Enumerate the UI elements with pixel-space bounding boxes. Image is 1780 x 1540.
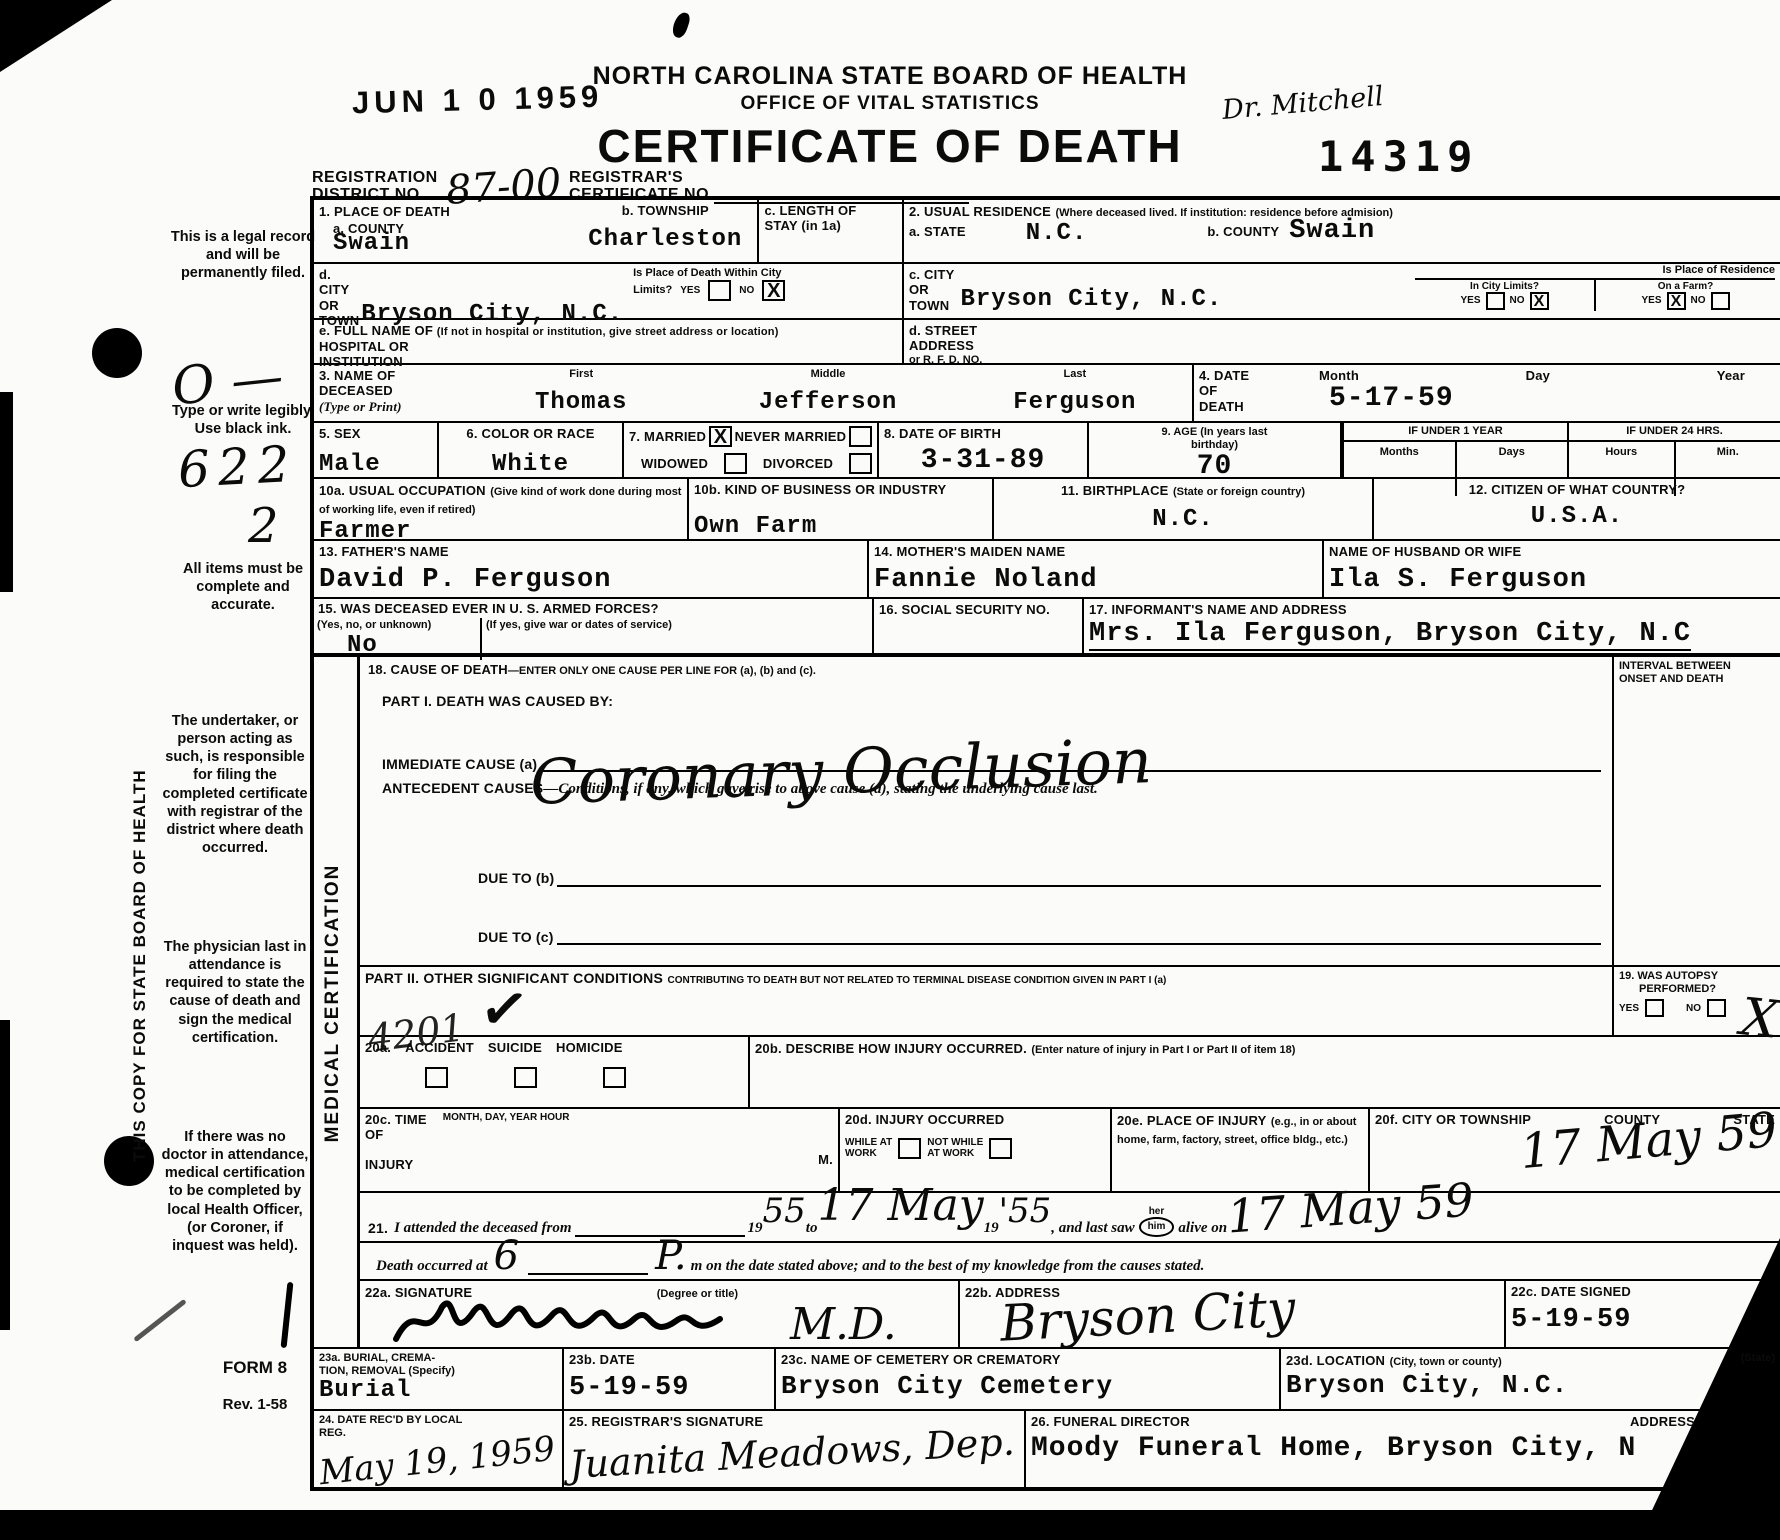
margin-note-legibly: Type or write legibly. Use black ink. xyxy=(168,402,318,438)
burial-date-value: 5-19-59 xyxy=(569,1373,769,1403)
death-in-city-yes-checkbox xyxy=(708,280,731,301)
section-burial-date: 23b. DATE 5-19-59 xyxy=(564,1349,776,1409)
signature-degree-handwritten: M.D. xyxy=(790,1299,897,1350)
section-signature: 22a. SIGNATURE (Degree or title) M.D. xyxy=(360,1281,960,1347)
section-occupation: 10a. USUAL OCCUPATION (Give kind of work… xyxy=(314,479,689,539)
section-place-of-death: 1. PLACE OF DEATH a. COUNTY Swain b. TOW… xyxy=(314,200,904,363)
on-a-farm-question: On a Farm? xyxy=(1599,281,1772,292)
father-name-label: 13. FATHER'S NAME xyxy=(319,544,862,559)
section-interval: INTERVAL BETWEEN ONSET AND DEATH Sudden xyxy=(1612,657,1780,965)
middle-name-label: Middle xyxy=(693,368,962,381)
registrar-signature-handwritten: Juanita Meadows, Dep. xyxy=(568,1420,1020,1487)
part1-label: PART I. DEATH WAS CAUSED BY: xyxy=(382,693,1604,710)
section-date-of-death: 4. DATEOFDEATH Month Day Year 5-17-59 xyxy=(1194,365,1780,421)
section-color-race: 6. COLOR OR RACE White xyxy=(439,423,624,477)
business-value: Own Farm xyxy=(694,513,987,540)
married-label: 7. MARRIED xyxy=(629,429,706,444)
widowed-checkbox xyxy=(724,453,747,474)
residence-city-value: Bryson City, N.C. xyxy=(960,286,1222,313)
no-label: NO xyxy=(739,285,754,296)
margin-note-no-doctor: If there was no doctor in attendance, me… xyxy=(160,1128,310,1255)
father-name-value: David P. Ferguson xyxy=(319,565,862,595)
attended-hw-17may: 17 May xyxy=(817,1180,983,1231)
form-number: FORM 8 xyxy=(200,1358,310,1378)
section-accident-suicide-homicide: 20a. ACCIDENT SUICIDE HOMICIDE xyxy=(360,1037,750,1107)
occupation-label: 10a. USUAL OCCUPATION xyxy=(319,483,486,498)
cause-of-death-instructions: —ENTER ONLY ONE CAUSE PER LINE FOR (a), … xyxy=(508,665,816,677)
death-hour-line xyxy=(528,1259,648,1275)
residence-county-value: Swain xyxy=(1289,216,1375,247)
meridiem-label: M. xyxy=(818,1152,833,1172)
institution-note: (If not in hospital or institution, give… xyxy=(437,326,779,338)
funeral-director-value: Moody Funeral Home, Bryson City, N xyxy=(1031,1433,1775,1464)
section-place-of-injury: 20e. PLACE OF INJURY (e.g., in or about … xyxy=(1112,1109,1370,1191)
date-of-birth-label: 8. DATE OF BIRTH xyxy=(884,426,1082,441)
section-funeral-director: 26. FUNERAL DIRECTOR ADDRESS Moody Funer… xyxy=(1026,1411,1780,1487)
residence-county-label: b. COUNTY xyxy=(1207,224,1279,247)
due-to-c-line xyxy=(557,929,1601,945)
section-death-occurred: Death occurred at 6 P. m on the date sta… xyxy=(360,1243,1780,1281)
on-farm-yes-checkbox: X xyxy=(1667,292,1686,310)
autopsy-no-checkbox xyxy=(1707,999,1726,1017)
residence-state-value: N.C. xyxy=(1026,220,1088,247)
section-cause-of-death: 18. CAUSE OF DEATH—ENTER ONLY ONE CAUSE … xyxy=(360,657,1612,965)
yes-label: YES xyxy=(1619,1003,1639,1014)
married-checkbox: X xyxy=(709,426,732,447)
section-time-of-injury: 20c. TIMEOFINJURY MONTH, DAY, YEAR HOUR … xyxy=(360,1109,840,1191)
date-received-label: 24. DATE REC'D BY LOCAL xyxy=(319,1414,557,1427)
yes-label: YES xyxy=(1460,295,1480,306)
section-armed-forces: 15. WAS DECEASED EVER IN U. S. ARMED FOR… xyxy=(314,599,874,653)
margin-note-undertaker: The undertaker, or person acting as such… xyxy=(160,712,310,857)
county-value: Swain xyxy=(333,230,568,257)
section-citizen: 12. CITIZEN OF WHAT COUNTRY? U.S.A. xyxy=(1374,479,1780,539)
cemetery-value: Bryson City Cemetery xyxy=(781,1371,1274,1401)
first-name-label: First xyxy=(469,368,693,381)
not-while-at-work-checkbox xyxy=(989,1138,1012,1159)
residence-in-city-no-checkbox: X xyxy=(1530,292,1549,310)
autopsy-no-handwritten-x: X xyxy=(1738,987,1780,1051)
section-cemetery-location: 23d. LOCATION (City, town or county) (St… xyxy=(1281,1349,1780,1409)
while-at-work-checkbox xyxy=(898,1138,921,1159)
is-place-of-residence-label: Is Place of Residence xyxy=(1415,264,1775,280)
last-name-value: Ferguson xyxy=(963,389,1187,416)
spouse-name-label: NAME OF HUSBAND OR WIFE xyxy=(1329,544,1775,559)
section-attended: 21. I attended the deceased from 19 55 t… xyxy=(360,1193,1780,1243)
attended-num: 21. xyxy=(368,1220,388,1237)
cemetery-label: 23c. NAME OF CEMETERY OR CREMATORY xyxy=(781,1352,1274,1367)
margin-handwriting-622: 622 xyxy=(177,435,299,499)
institution-label2: HOSPITAL OR xyxy=(319,339,897,354)
never-married-checkbox xyxy=(849,426,872,447)
section-signer-address: 22b. ADDRESS Bryson City xyxy=(960,1281,1506,1347)
name-of-deceased-label: 3. NAME OFDECEASED (Type or Print) xyxy=(319,368,469,416)
death-meridiem-handwritten: P. xyxy=(655,1233,687,1279)
accident-num: 20a. xyxy=(365,1040,391,1055)
section-father: 13. FATHER'S NAME David P. Ferguson xyxy=(314,541,869,597)
divorced-label: DIVORCED xyxy=(763,456,833,471)
section-if-under-1-year: IF UNDER 1 YEAR Months Days xyxy=(1344,423,1569,477)
her-him-choice: her him xyxy=(1139,1207,1175,1237)
day-label: Day xyxy=(1526,368,1550,383)
location-label: 23d. LOCATION xyxy=(1286,1353,1385,1368)
physician-signature xyxy=(390,1295,780,1347)
armed-forces-value: No xyxy=(347,632,477,659)
scan-edge-artifact xyxy=(0,392,13,592)
due-to-b-label: DUE TO (b) xyxy=(478,870,554,887)
usual-residence-title: 2. USUAL RESIDENCE xyxy=(909,204,1051,219)
armed-forces-note1: (Yes, no, or unknown) xyxy=(317,619,477,632)
location-note: (City, town or county) xyxy=(1390,1356,1502,1368)
certificate-form: 1. PLACE OF DEATH a. COUNTY Swain b. TOW… xyxy=(310,196,1780,1491)
interval-label: INTERVAL BETWEEN xyxy=(1619,660,1775,673)
street-address-label: d. STREETADDRESS xyxy=(909,323,1775,354)
color-race-label: 6. COLOR OR RACE xyxy=(444,426,617,441)
scan-bottom-band xyxy=(0,1510,1780,1540)
him-circled: him xyxy=(1139,1217,1175,1237)
section-date-received: 24. DATE REC'D BY LOCAL REG. May 19, 195… xyxy=(314,1411,564,1487)
no-label: NO xyxy=(1691,295,1706,306)
section-burial: 23a. BURIAL, CREMA- TION, REMOVAL (Speci… xyxy=(314,1349,564,1409)
medical-certification-section: MEDICAL CERTIFICATION 18. CAUSE OF DEATH… xyxy=(314,657,1780,1349)
section-usual-residence: 2. USUAL RESIDENCE (Where deceased lived… xyxy=(904,200,1780,363)
medical-certification-vertical-label: MEDICAL CERTIFICATION xyxy=(322,673,344,1333)
section-sex: 5. SEX Male xyxy=(314,423,439,477)
medical-certification-strip: MEDICAL CERTIFICATION xyxy=(314,657,360,1347)
section-registrar-signature: 25. REGISTRAR'S SIGNATURE Juanita Meadow… xyxy=(564,1411,1026,1487)
describe-injury-note: (Enter nature of injury in Part I or Par… xyxy=(1031,1044,1295,1056)
birthplace-note: (State or foreign country) xyxy=(1173,486,1305,498)
while-at-work-label: WHILE ATWORK xyxy=(845,1137,892,1159)
mother-name-value: Fannie Noland xyxy=(874,565,1317,595)
attended-yr1: 19 xyxy=(748,1220,763,1237)
sex-value: Male xyxy=(319,451,432,478)
date-signed-label: 22c. DATE SIGNED xyxy=(1511,1284,1775,1299)
part2-note: CONTRIBUTING TO DEATH BUT NOT RELATED TO… xyxy=(667,975,1166,986)
margin-note-physician: The physician last in attendance is requ… xyxy=(160,938,310,1047)
autopsy-yes-checkbox xyxy=(1645,999,1664,1017)
citizen-label: 12. CITIZEN OF WHAT COUNTRY? xyxy=(1379,482,1775,497)
death-in-city-no-checkbox: X xyxy=(762,280,785,301)
township-label: b. TOWNSHIP xyxy=(578,203,752,218)
section-mother: 14. MOTHER'S MAIDEN NAME Fannie Noland xyxy=(869,541,1324,597)
death-certificate-scan: JUN 1 0 1959 NORTH CAROLINA STATE BOARD … xyxy=(0,0,1780,1540)
section-ssn: 16. SOCIAL SECURITY NO. xyxy=(874,599,1084,653)
accident-label: ACCIDENT xyxy=(405,1040,474,1055)
cause-of-death-label: 18. CAUSE OF DEATH xyxy=(368,662,508,677)
limits-label: Limits? xyxy=(633,284,672,297)
section-business: 10b. KIND OF BUSINESS OR INDUSTRY Own Fa… xyxy=(689,479,994,539)
time-of-injury-sublabel: MONTH, DAY, YEAR HOUR xyxy=(443,1112,570,1172)
attended-text2: , and last saw xyxy=(1051,1220,1134,1237)
yes-label: YES xyxy=(1641,295,1661,306)
place-of-death-title: 1. PLACE OF DEATH xyxy=(319,204,450,219)
residence-city-label: c. CITYORTOWN xyxy=(909,267,954,313)
divorced-checkbox xyxy=(849,453,872,474)
due-to-c-label: DUE TO (c) xyxy=(478,929,554,946)
homicide-checkbox xyxy=(603,1067,626,1088)
scan-mark xyxy=(670,10,691,39)
margin-handwriting-stroke xyxy=(281,1282,294,1348)
on-farm-no-checkbox xyxy=(1711,292,1730,310)
ssn-label: 16. SOCIAL SECURITY NO. xyxy=(879,602,1077,617)
yes-label: YES xyxy=(680,285,700,296)
within-city-limits-question: Is Place of Death Within City xyxy=(633,267,897,280)
location-value: Bryson City, N.C. xyxy=(1286,1370,1775,1400)
state-note: (State) xyxy=(1741,1352,1775,1370)
burial-label2: TION, REMOVAL (Specify) xyxy=(319,1365,557,1378)
section-age: 9. AGE (In years last birthday) 70 xyxy=(1089,423,1344,477)
color-race-value: White xyxy=(444,451,617,478)
attended-yr2: 19 xyxy=(984,1220,999,1237)
board-name: NORTH CAROLINA STATE BOARD OF HEALTH xyxy=(460,62,1320,91)
date-of-death-value: 5-17-59 xyxy=(1329,383,1775,414)
no-label: NO xyxy=(1510,295,1525,306)
certificate-number-stamp: 14319 xyxy=(1318,132,1479,181)
section-cemetery: 23c. NAME OF CEMETERY OR CREMATORY Bryso… xyxy=(776,1349,1281,1409)
business-label: 10b. KIND OF BUSINESS OR INDUSTRY xyxy=(694,482,987,497)
section-autopsy: 19. WAS AUTOPSY PERFORMED? YES NO X xyxy=(1612,967,1780,1035)
attended-text3: alive on xyxy=(1178,1220,1227,1237)
antecedent-causes-label: ANTECEDENT CAUSES xyxy=(382,780,543,796)
margin-note-legal: This is a legal record and will be perma… xyxy=(168,228,318,282)
date-signed-value: 5-19-59 xyxy=(1511,1305,1775,1335)
section-date-of-birth: 8. DATE OF BIRTH 3-31-89 xyxy=(879,423,1089,477)
year-label: Year xyxy=(1717,368,1745,383)
residence-in-city-yes-checkbox xyxy=(1486,292,1505,310)
attended-hw-55: 55 xyxy=(763,1191,806,1231)
margin-note-complete: All items must be complete and accurate. xyxy=(168,560,318,614)
death-occurred-text2: m on the date stated above; and to the b… xyxy=(691,1258,1205,1275)
spouse-name-value: Ila S. Ferguson xyxy=(1329,565,1775,595)
informant-label: 17. INFORMANT'S NAME AND ADDRESS xyxy=(1089,602,1775,617)
accident-checkbox xyxy=(425,1067,448,1088)
attended-hw-55b: '55 xyxy=(999,1191,1052,1231)
margin-handwriting-2: 2 xyxy=(248,498,279,554)
homicide-label: HOMICIDE xyxy=(556,1040,623,1055)
institution-label: e. FULL NAME OF xyxy=(319,323,433,338)
death-occurred-text1: Death occurred at xyxy=(376,1258,488,1275)
never-married-label: NEVER MARRIED xyxy=(735,429,847,444)
section-describe-injury: 20b. DESCRIBE HOW INJURY OCCURRED. (Ente… xyxy=(750,1037,1780,1107)
sex-label: 5. SEX xyxy=(319,426,432,441)
township-value: Charleston xyxy=(578,226,752,253)
age-label: 9. AGE (In years last xyxy=(1094,426,1335,439)
funeral-director-address-label: ADDRESS xyxy=(1630,1414,1695,1429)
section-spouse: NAME OF HUSBAND OR WIFE Ila S. Ferguson xyxy=(1324,541,1780,597)
middle-name-value: Jefferson xyxy=(693,389,962,416)
margin-vertical-note: THIS COPY FOR STATE BOARD OF HEALTH xyxy=(130,769,150,1162)
describe-injury-label: 20b. DESCRIBE HOW INJURY OCCURRED. xyxy=(755,1041,1027,1056)
length-of-stay-label: c. LENGTH OFSTAY (in 1a) xyxy=(764,203,897,234)
interval-label2: ONSET AND DEATH xyxy=(1619,673,1775,686)
burial-value: Burial xyxy=(319,1377,557,1404)
section-part2: PART II. OTHER SIGNIFICANT CONDITIONS CO… xyxy=(360,967,1612,1035)
punch-hole xyxy=(92,328,142,378)
birthplace-label: 11. BIRTHPLACE xyxy=(1061,483,1169,498)
death-hour-handwritten: 6 xyxy=(494,1233,519,1279)
scan-corner-artifact xyxy=(0,0,112,72)
section-informant: 17. INFORMANT'S NAME AND ADDRESS Mrs. Il… xyxy=(1084,599,1780,653)
office-name: OFFICE OF VITAL STATISTICS xyxy=(460,93,1320,115)
section-if-under-24-hrs: IF UNDER 24 HRS. Hours Min. xyxy=(1569,423,1780,477)
section-name-of-deceased: 3. NAME OFDECEASED (Type or Print) First… xyxy=(314,365,1194,421)
place-of-injury-label: 20e. PLACE OF INJURY xyxy=(1117,1113,1266,1128)
margin-pencil-check xyxy=(133,1299,187,1342)
first-name-value: Thomas xyxy=(469,389,693,416)
attended-to: to xyxy=(806,1220,818,1237)
scan-edge-artifact xyxy=(0,1020,10,1330)
last-name-label: Last xyxy=(963,368,1187,381)
injury-occurred-label: 20d. INJURY OCCURRED xyxy=(845,1112,1105,1127)
armed-forces-note2: (If yes, give war or dates of service) xyxy=(482,618,872,660)
cause-of-death-handwritten: Coronary Occlusion xyxy=(529,724,1153,819)
form-revision: Rev. 1-58 xyxy=(200,1396,310,1413)
date-of-death-label: 4. DATEOFDEATH xyxy=(1199,368,1289,414)
part2-handwritten-check: ✓ xyxy=(476,972,534,1046)
mother-name-label: 14. MOTHER'S MAIDEN NAME xyxy=(874,544,1317,559)
month-label: Month xyxy=(1319,368,1359,383)
age-label2: birthday) xyxy=(1094,439,1335,452)
burial-date-label: 23b. DATE xyxy=(569,1352,769,1367)
widowed-label: WIDOWED xyxy=(641,456,708,471)
section-marital-status: 7. MARRIED X NEVER MARRIED WIDOWED DIVOR… xyxy=(624,423,879,477)
date-of-birth-value: 3-31-89 xyxy=(884,445,1082,476)
suicide-checkbox xyxy=(514,1067,537,1088)
age-value: 70 xyxy=(1094,451,1335,482)
funeral-director-label: 26. FUNERAL DIRECTOR xyxy=(1031,1414,1190,1429)
time-of-injury-label: 20c. TIMEOFINJURY xyxy=(365,1112,427,1172)
form-header: NORTH CAROLINA STATE BOARD OF HEALTH OFF… xyxy=(460,62,1320,173)
section-date-signed: 22c. DATE SIGNED 5-19-59 xyxy=(1506,1281,1780,1347)
burial-label: 23a. BURIAL, CREMA- xyxy=(319,1352,557,1365)
informant-value: Mrs. Ila Ferguson, Bryson City, N.C xyxy=(1089,619,1691,651)
immediate-cause-label: IMMEDIATE CAUSE (a) xyxy=(382,756,537,773)
birthplace-value: N.C. xyxy=(999,506,1367,533)
due-to-b-line xyxy=(557,871,1601,887)
not-while-at-work-label: NOT WHILEAT WORK xyxy=(927,1137,983,1159)
section-birthplace: 11. BIRTHPLACE (State or foreign country… xyxy=(994,479,1374,539)
autopsy-label: 19. WAS AUTOPSY xyxy=(1619,970,1775,983)
no-label: NO xyxy=(1686,1003,1701,1014)
under-24-hrs-label: IF UNDER 24 HRS. xyxy=(1569,423,1780,442)
residence-in-city-limits-question: In City Limits? xyxy=(1418,281,1591,292)
suicide-label: SUICIDE xyxy=(488,1040,542,1055)
armed-forces-label: 15. WAS DECEASED EVER IN U. S. ARMED FOR… xyxy=(314,599,872,618)
section-injury-occurred: 20d. INJURY OCCURRED WHILE ATWORK NOT WH… xyxy=(840,1109,1112,1191)
attended-text1: I attended the deceased from xyxy=(394,1220,571,1237)
residence-state-label: a. STATE xyxy=(909,224,966,247)
under-1-year-label: IF UNDER 1 YEAR xyxy=(1344,423,1567,442)
injury-city-label: 20f. CITY OR TOWNSHIP xyxy=(1375,1112,1531,1127)
citizen-value: U.S.A. xyxy=(1379,503,1775,530)
